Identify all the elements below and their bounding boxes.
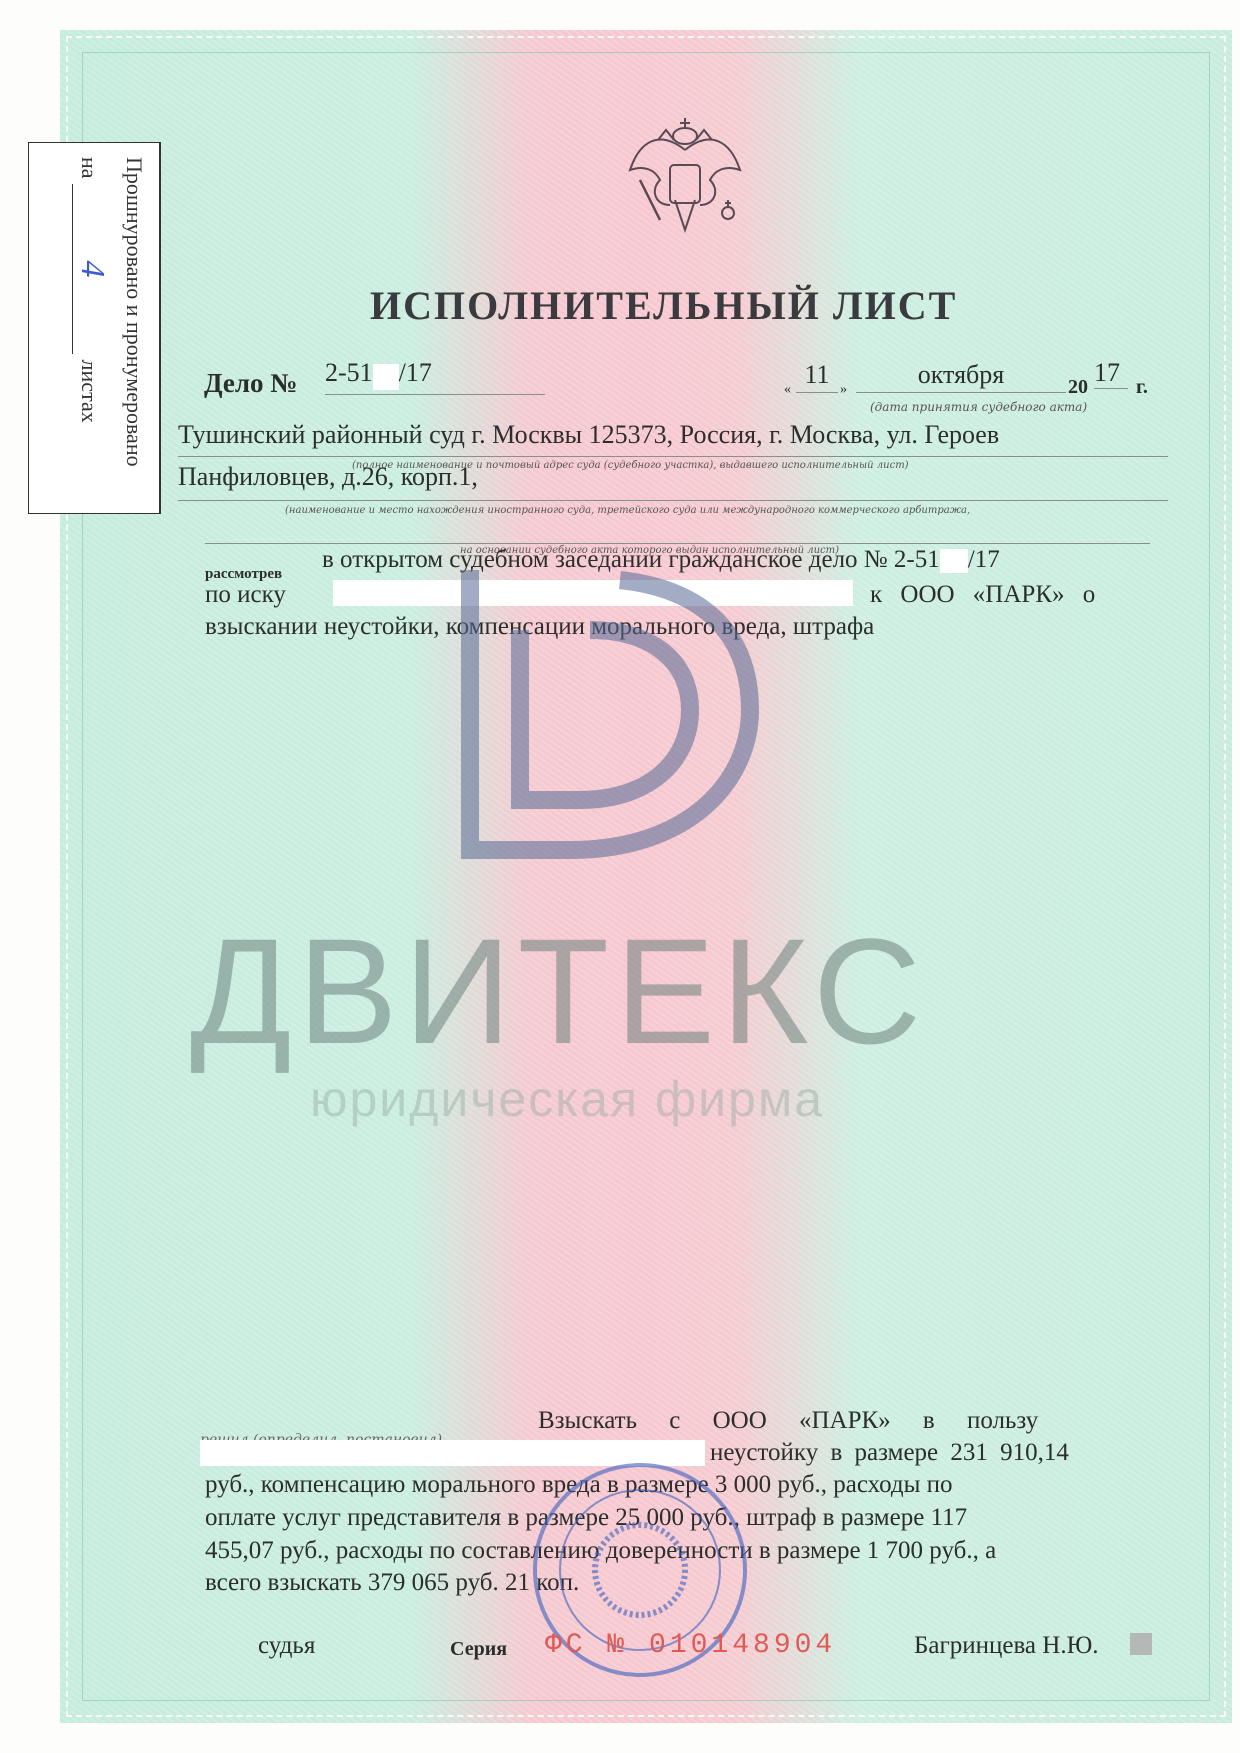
double-d-logo-icon (460, 560, 780, 860)
date-day-field: 11 (796, 360, 838, 393)
year-field: 17 (1094, 358, 1128, 389)
judge-name: Багринцева Н.Ю. (914, 1632, 1099, 1660)
date-month: октября (918, 360, 1004, 389)
judge-label: судья (258, 1632, 315, 1660)
claim-defendant: к ООО «ПАРК» о (870, 578, 1095, 611)
binding-note-text: Прошнуровано и пронумеровано на 4 листах (29, 143, 159, 513)
year-prefix: 20 (1068, 376, 1088, 399)
case-number-prefix: 2-51 (325, 358, 373, 387)
date-caption: (дата принятия судебного акта) (870, 400, 1087, 414)
binding-suffix: листах (77, 360, 102, 423)
watermark-subtitle: юридическая фирма (310, 1070, 824, 1128)
binding-note: Прошнуровано и пронумеровано на 4 листах (28, 142, 161, 514)
pages-count-handwritten: 4 (72, 184, 111, 354)
date-day: 11 (804, 360, 829, 389)
page-title: ИСПОЛНИТЕЛЬНЫЙ ЛИСТ (370, 282, 957, 329)
redaction-box (1130, 1633, 1152, 1655)
ruling-line1: Взыскать с ООО «ПАРК» в пользу (538, 1404, 1138, 1437)
date-open-quote: « (784, 382, 791, 398)
binding-prefix: на (77, 157, 102, 179)
year-mark: г. (1136, 376, 1148, 399)
series-label: Серия (450, 1638, 507, 1661)
binding-note-line1: Прошнуровано и пронумеровано (121, 157, 147, 467)
date-month-field: октября (856, 360, 1066, 393)
watermark-brand: ДВИТЕКС (190, 905, 927, 1078)
court-name-line2: Панфиловцев, д.26, корп.1, (178, 460, 478, 493)
redaction-box (373, 364, 399, 390)
case-text-suffix: /17 (968, 546, 1000, 573)
court-name-line1: Тушинский районный суд г. Москвы 125373,… (178, 418, 1168, 451)
redaction-box (940, 549, 968, 573)
claim-label: по иску (205, 578, 286, 611)
foreign-court-caption: (наименование и место нахождения иностра… (285, 505, 970, 516)
series-number: ФС № 010148904 (545, 1630, 836, 1661)
court-underline1 (178, 456, 1168, 457)
coat-of-arms-icon (620, 110, 750, 240)
date-close-quote: » (840, 382, 847, 398)
court-underline2 (178, 500, 1168, 501)
binding-note-line2: на 4 листах (72, 157, 111, 497)
case-number-field: 2-51/17 (325, 358, 545, 395)
year-suffix: 17 (1094, 358, 1120, 387)
case-number-label: Дело № (204, 368, 297, 399)
case-number-suffix: /17 (399, 358, 432, 387)
